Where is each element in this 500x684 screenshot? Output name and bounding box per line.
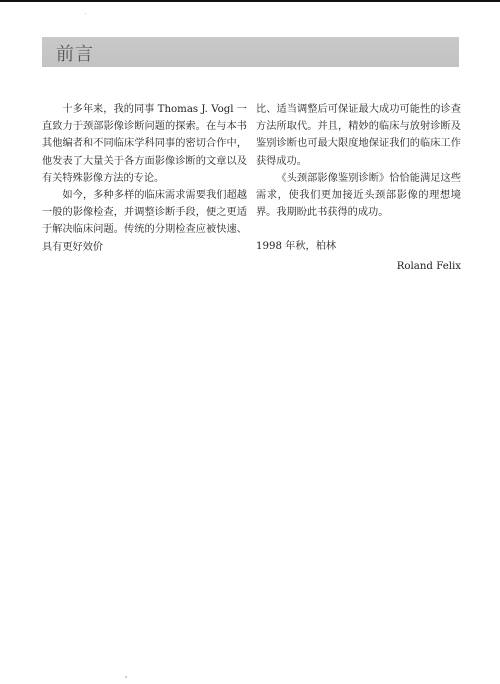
- paragraph: 如今，多种多样的临床需求需要我们超越一般的影像检查，并调整诊断手段，便之更适于解…: [42, 187, 247, 256]
- paragraph: 十多年来，我的同事 Thomas J. Vogl 一直致力于颈部影像诊断问题的探…: [42, 101, 247, 187]
- date-place: 1998 年秋，柏林: [256, 238, 461, 255]
- paragraph: 《头颈部影像鉴别诊断》恰恰能满足这些需求，使我们更加接近头颈部影像的理想境界。我…: [256, 170, 461, 222]
- scan-speck: [85, 13, 86, 14]
- right-column: 比、适当调整后可保证最大成功可能性的诊查方法所取代。并且，精妙的临床与放射诊断及…: [256, 101, 461, 275]
- scan-speck: [125, 676, 127, 678]
- paragraph-continued: 比、适当调整后可保证最大成功可能性的诊查方法所取代。并且，精妙的临床与放射诊断及…: [256, 101, 461, 170]
- top-border-rule: [0, 0, 500, 2]
- page-title: 前言: [56, 40, 94, 66]
- left-column: 十多年来，我的同事 Thomas J. Vogl 一直致力于颈部影像诊断问题的探…: [42, 101, 247, 256]
- author-signature: Roland Felix: [256, 258, 461, 275]
- title-banner: 前言: [42, 37, 459, 67]
